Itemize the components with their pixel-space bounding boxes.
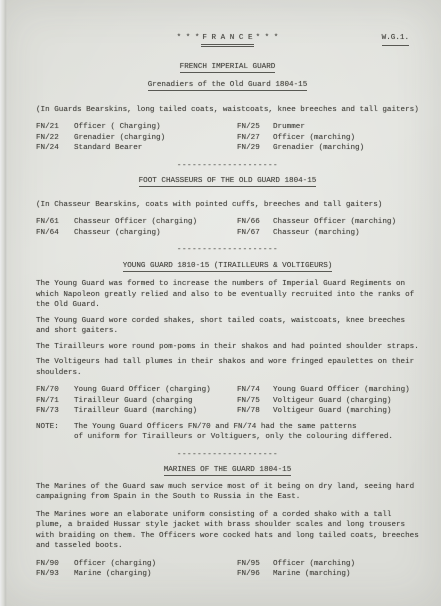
body-paragraph: The Marines wore an elaborate uniform co… [36, 510, 419, 552]
section-heading-wrap: Grenadiers of the Old Guard 1804-15 [36, 80, 419, 91]
figure-label: Officer ( Charging) [74, 122, 237, 133]
figure-code: FN/74 [237, 385, 273, 396]
figure-code: FN/67 [237, 228, 273, 239]
figure-code: FN/90 [36, 559, 74, 570]
figure-table-grenadiers: FN/21 Officer ( Charging) FN/25 Drummer … [36, 122, 419, 154]
main-heading: FRENCH IMPERIAL GUARD [180, 63, 276, 73]
figure-label: Young Guard Officer (marching) [273, 385, 419, 396]
section-divider: -------------------- [36, 245, 419, 256]
body-paragraph: The Marines of the Guard saw much servic… [36, 482, 419, 503]
figure-code: FN/27 [237, 133, 273, 144]
main-heading-wrap: FRENCH IMPERIAL GUARD [36, 62, 419, 73]
figure-label: Chasseur (charging) [74, 228, 237, 239]
figure-label: Voltigeur Guard (charging) [273, 396, 419, 407]
section-heading-chasseurs: FOOT CHASSEURS OF THE OLD GUARD 1804-15 [139, 177, 317, 187]
figure-code: FN/25 [237, 122, 273, 133]
figure-label: Officer (marching) [273, 133, 419, 144]
figure-code: FN/75 [237, 396, 273, 407]
figure-label: Officer (charging) [74, 559, 237, 570]
uniform-note-grenadiers: (In Guards Bearskins, long tailed coats,… [36, 105, 419, 116]
figure-table-marines: FN/90 Officer (charging) FN/95 Officer (… [36, 559, 419, 580]
page-header: * * *F R A N C E* * * W.G.1. [36, 33, 419, 44]
figure-code: FN/21 [36, 122, 74, 133]
figure-code: FN/61 [36, 217, 74, 228]
section-heading-wrap: YOUNG GUARD 1810-15 (TIRAILLEURS & VOLTI… [36, 261, 419, 272]
title-stars-right: * * * [256, 34, 279, 42]
body-paragraph: The Tirailleurs wore round pom-poms in t… [36, 342, 419, 353]
figure-code: FN/64 [36, 228, 74, 239]
figure-code: FN/66 [237, 217, 273, 228]
section-heading-wrap: MARINES OF THE GUARD 1804-15 [36, 465, 419, 476]
figure-code: FN/78 [237, 406, 273, 417]
figure-label: Marine (marching) [273, 569, 419, 580]
body-paragraph: The Voltigeurs had tall plumes in their … [36, 357, 419, 378]
figure-code: FN/95 [237, 559, 273, 570]
figure-code: FN/24 [36, 143, 74, 154]
figure-code: FN/73 [36, 406, 74, 417]
scanned-page: * * *F R A N C E* * * W.G.1. FRENCH IMPE… [0, 0, 441, 606]
figure-label: Standard Bearer [74, 143, 237, 154]
figure-code: FN/70 [36, 385, 74, 396]
figure-code: FN/93 [36, 569, 74, 580]
figure-table-chasseurs: FN/61 Chasseur Officer (charging) FN/66 … [36, 217, 419, 238]
figure-code: FN/22 [36, 133, 74, 144]
section-heading-grenadiers: Grenadiers of the Old Guard 1804-15 [148, 81, 308, 91]
figure-label: Chasseur (marching) [273, 228, 419, 239]
figure-label: Officer (marching) [273, 559, 419, 570]
body-paragraph: The Young Guard was formed to increase t… [36, 279, 419, 311]
corner-reference-label: W.G.1. [382, 33, 409, 46]
note-line: The Young Guard Officers FN/70 and FN/74… [74, 422, 393, 433]
note-text: The Young Guard Officers FN/70 and FN/74… [74, 422, 393, 443]
section-heading-wrap: FOOT CHASSEURS OF THE OLD GUARD 1804-15 [36, 176, 419, 187]
figure-label: Young Guard Officer (charging) [74, 385, 237, 396]
country-title: F R A N C E [201, 34, 253, 47]
figure-label: Voltigeur Guard (marching) [273, 406, 419, 417]
figure-code: FN/96 [237, 569, 273, 580]
figure-table-young-guard: FN/70 Young Guard Officer (charging) FN/… [36, 385, 419, 417]
figure-label: Chasseur Officer (marching) [273, 217, 419, 228]
note-label: NOTE: [36, 422, 74, 443]
figure-label: Marine (charging) [74, 569, 237, 580]
section-divider: -------------------- [36, 450, 419, 461]
body-paragraph: The Young Guard wore corded shakes, shor… [36, 316, 419, 337]
figure-label: Tirailleur Guard (marching) [74, 406, 237, 417]
figure-label: Drummer [273, 122, 419, 133]
section-heading-young-guard: YOUNG GUARD 1810-15 (TIRAILLEURS & VOLTI… [123, 262, 333, 272]
figure-label: Chasseur Officer (charging) [74, 217, 237, 228]
figure-code: FN/29 [237, 143, 273, 154]
note-line: of uniform for Tirailleurs or Voltiguers… [74, 432, 393, 443]
figure-label: Grenadier (charging) [74, 133, 237, 144]
section-divider: -------------------- [36, 161, 419, 172]
title-stars-left: * * * [177, 34, 200, 42]
note-block: NOTE: The Young Guard Officers FN/70 and… [36, 422, 419, 443]
figure-code: FN/71 [36, 396, 74, 407]
section-heading-marines: MARINES OF THE GUARD 1804-15 [164, 466, 292, 476]
uniform-note-chasseurs: (In Chasseur Bearskins, coats with point… [36, 200, 419, 211]
figure-label: Grenadier (marching) [273, 143, 419, 154]
figure-label: Tirailleur Guard (charging [74, 396, 237, 407]
